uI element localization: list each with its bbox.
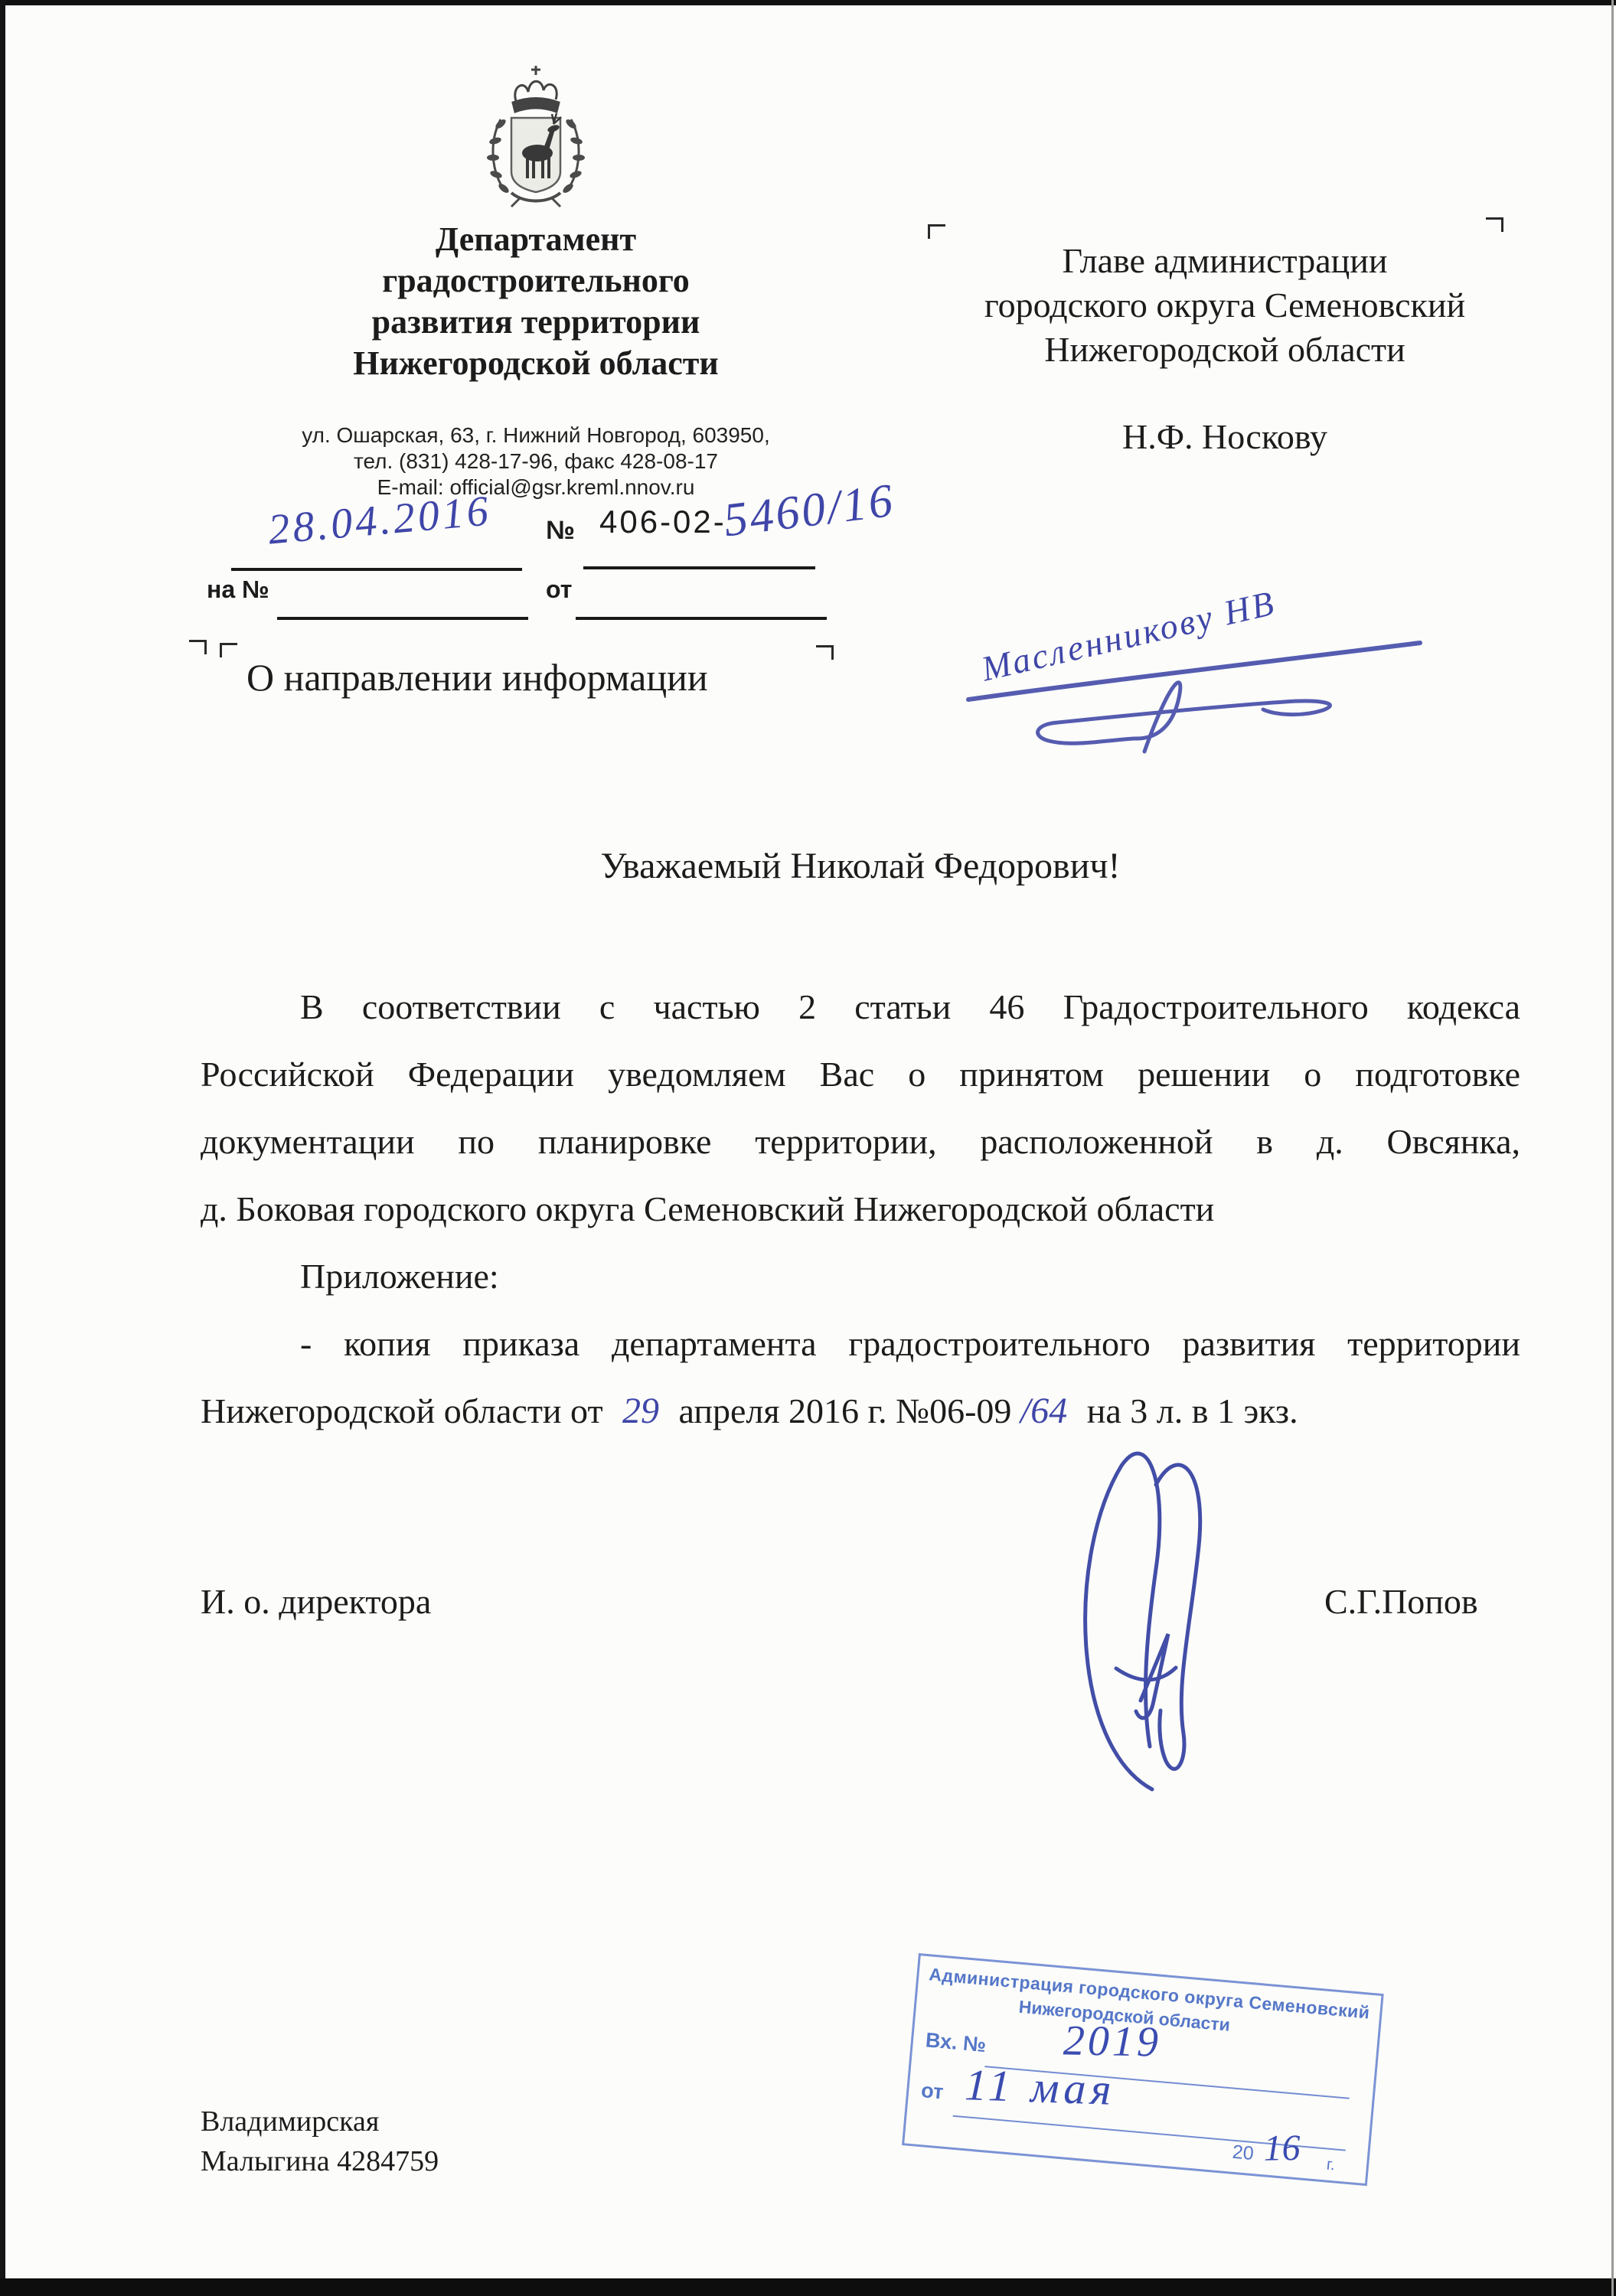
body-line: Российской Федерации уведомляем Вас о пр…	[201, 1041, 1520, 1108]
recipient-line: Нижегородской области	[903, 328, 1546, 372]
executor-phone: Малыгина 4284759	[201, 2141, 439, 2181]
stamp-date-handwritten: 11 мая	[964, 2059, 1116, 2115]
stamp-incoming-label: Вх. №	[925, 2028, 988, 2057]
signatory-position: И. о. директора	[201, 1581, 431, 1622]
reply-from-label: от	[546, 576, 572, 604]
reply-date-underline	[576, 617, 827, 620]
date-underline	[231, 568, 522, 571]
body-line: д. Боковая городского округа Семеновский…	[201, 1176, 1520, 1243]
reply-to-label: на №	[207, 576, 269, 604]
corner-mark	[928, 224, 945, 239]
corner-mark	[1486, 217, 1503, 232]
address-phone: тел. (831) 428-17-96, факс 428-08-17	[253, 448, 819, 475]
outgoing-number-typed: 406-02-	[599, 504, 726, 540]
attachment-line: - копия приказа департамента градостроит…	[201, 1310, 1520, 1378]
letterhead-address: ул. Ошарская, 63, г. Нижний Новгород, 60…	[253, 422, 819, 501]
corner-mark	[189, 640, 207, 654]
scan-edge-bottom	[0, 2278, 1616, 2296]
director-signature	[1026, 1439, 1286, 1799]
corner-mark	[220, 643, 237, 657]
department-name-line: Нижегородской области	[253, 343, 819, 384]
stamp-year-printed: 20	[1232, 2141, 1255, 2165]
subject-line: О направлении информации	[246, 655, 708, 700]
attachment-text: апреля 2016 г. №06-09	[679, 1391, 1012, 1430]
department-name-line: развития территории	[253, 302, 819, 343]
resolution-annotation: Масленникову НВ	[957, 517, 1454, 762]
attachment-line-mixed: Нижегородской области от 29 апреля 2016 …	[201, 1378, 1520, 1445]
body-line: документации по планировке территории, р…	[201, 1108, 1520, 1176]
corner-mark	[816, 645, 834, 660]
executor-name: Владимирская	[201, 2102, 439, 2141]
coat-of-arms-icon	[467, 58, 605, 211]
attachment-text: Нижегородской области от	[201, 1391, 603, 1430]
address-street: ул. Ошарская, 63, г. Нижний Новгород, 60…	[253, 422, 819, 448]
stamp-year-handwritten: 16	[1263, 2127, 1301, 2170]
recipient-block: Главе администрации городского округа Се…	[903, 239, 1546, 372]
scan-edge-top	[0, 0, 1616, 5]
signatory-name: С.Г.Попов	[1324, 1581, 1478, 1622]
letter-body: В соответствии с частью 2 статьи 46 Град…	[201, 974, 1520, 1445]
department-name-line: градостроительного	[253, 260, 819, 302]
number-label: №	[546, 516, 575, 546]
scan-edge-right	[1611, 0, 1614, 2296]
number-underline	[583, 566, 815, 569]
attachment-label: Приложение:	[201, 1243, 1520, 1310]
stamp-year-suffix: г.	[1326, 2156, 1336, 2175]
scanned-letter-page: Департамент градостроительного развития …	[0, 0, 1616, 2296]
reply-number-underline	[277, 617, 528, 620]
department-name-line: Департамент	[253, 219, 819, 260]
attachment-day-handwritten: 29	[622, 1391, 659, 1431]
body-line: В соответствии с частью 2 статьи 46 Град…	[201, 974, 1520, 1041]
attachment-number-handwritten: /64	[1020, 1391, 1067, 1431]
executor-block: Владимирская Малыгина 4284759	[201, 2102, 439, 2181]
recipient-line: городского округа Семеновский	[903, 283, 1546, 328]
stamp-incoming-number-handwritten: 2019	[1063, 2016, 1161, 2066]
salutation: Уважаемый Николай Федорович!	[201, 845, 1520, 887]
recipient-line: Главе администрации	[903, 239, 1546, 283]
recipient-name: Н.Ф. Носкову	[903, 416, 1546, 457]
incoming-registration-stamp: Администрация городского округа Семеновс…	[902, 1953, 1384, 2186]
attachment-text: на 3 л. в 1 экз.	[1087, 1391, 1298, 1430]
letterhead-department-name: Департамент градостроительного развития …	[253, 219, 819, 384]
scan-edge-left	[0, 0, 5, 2296]
stamp-date-label: от	[920, 2079, 945, 2104]
